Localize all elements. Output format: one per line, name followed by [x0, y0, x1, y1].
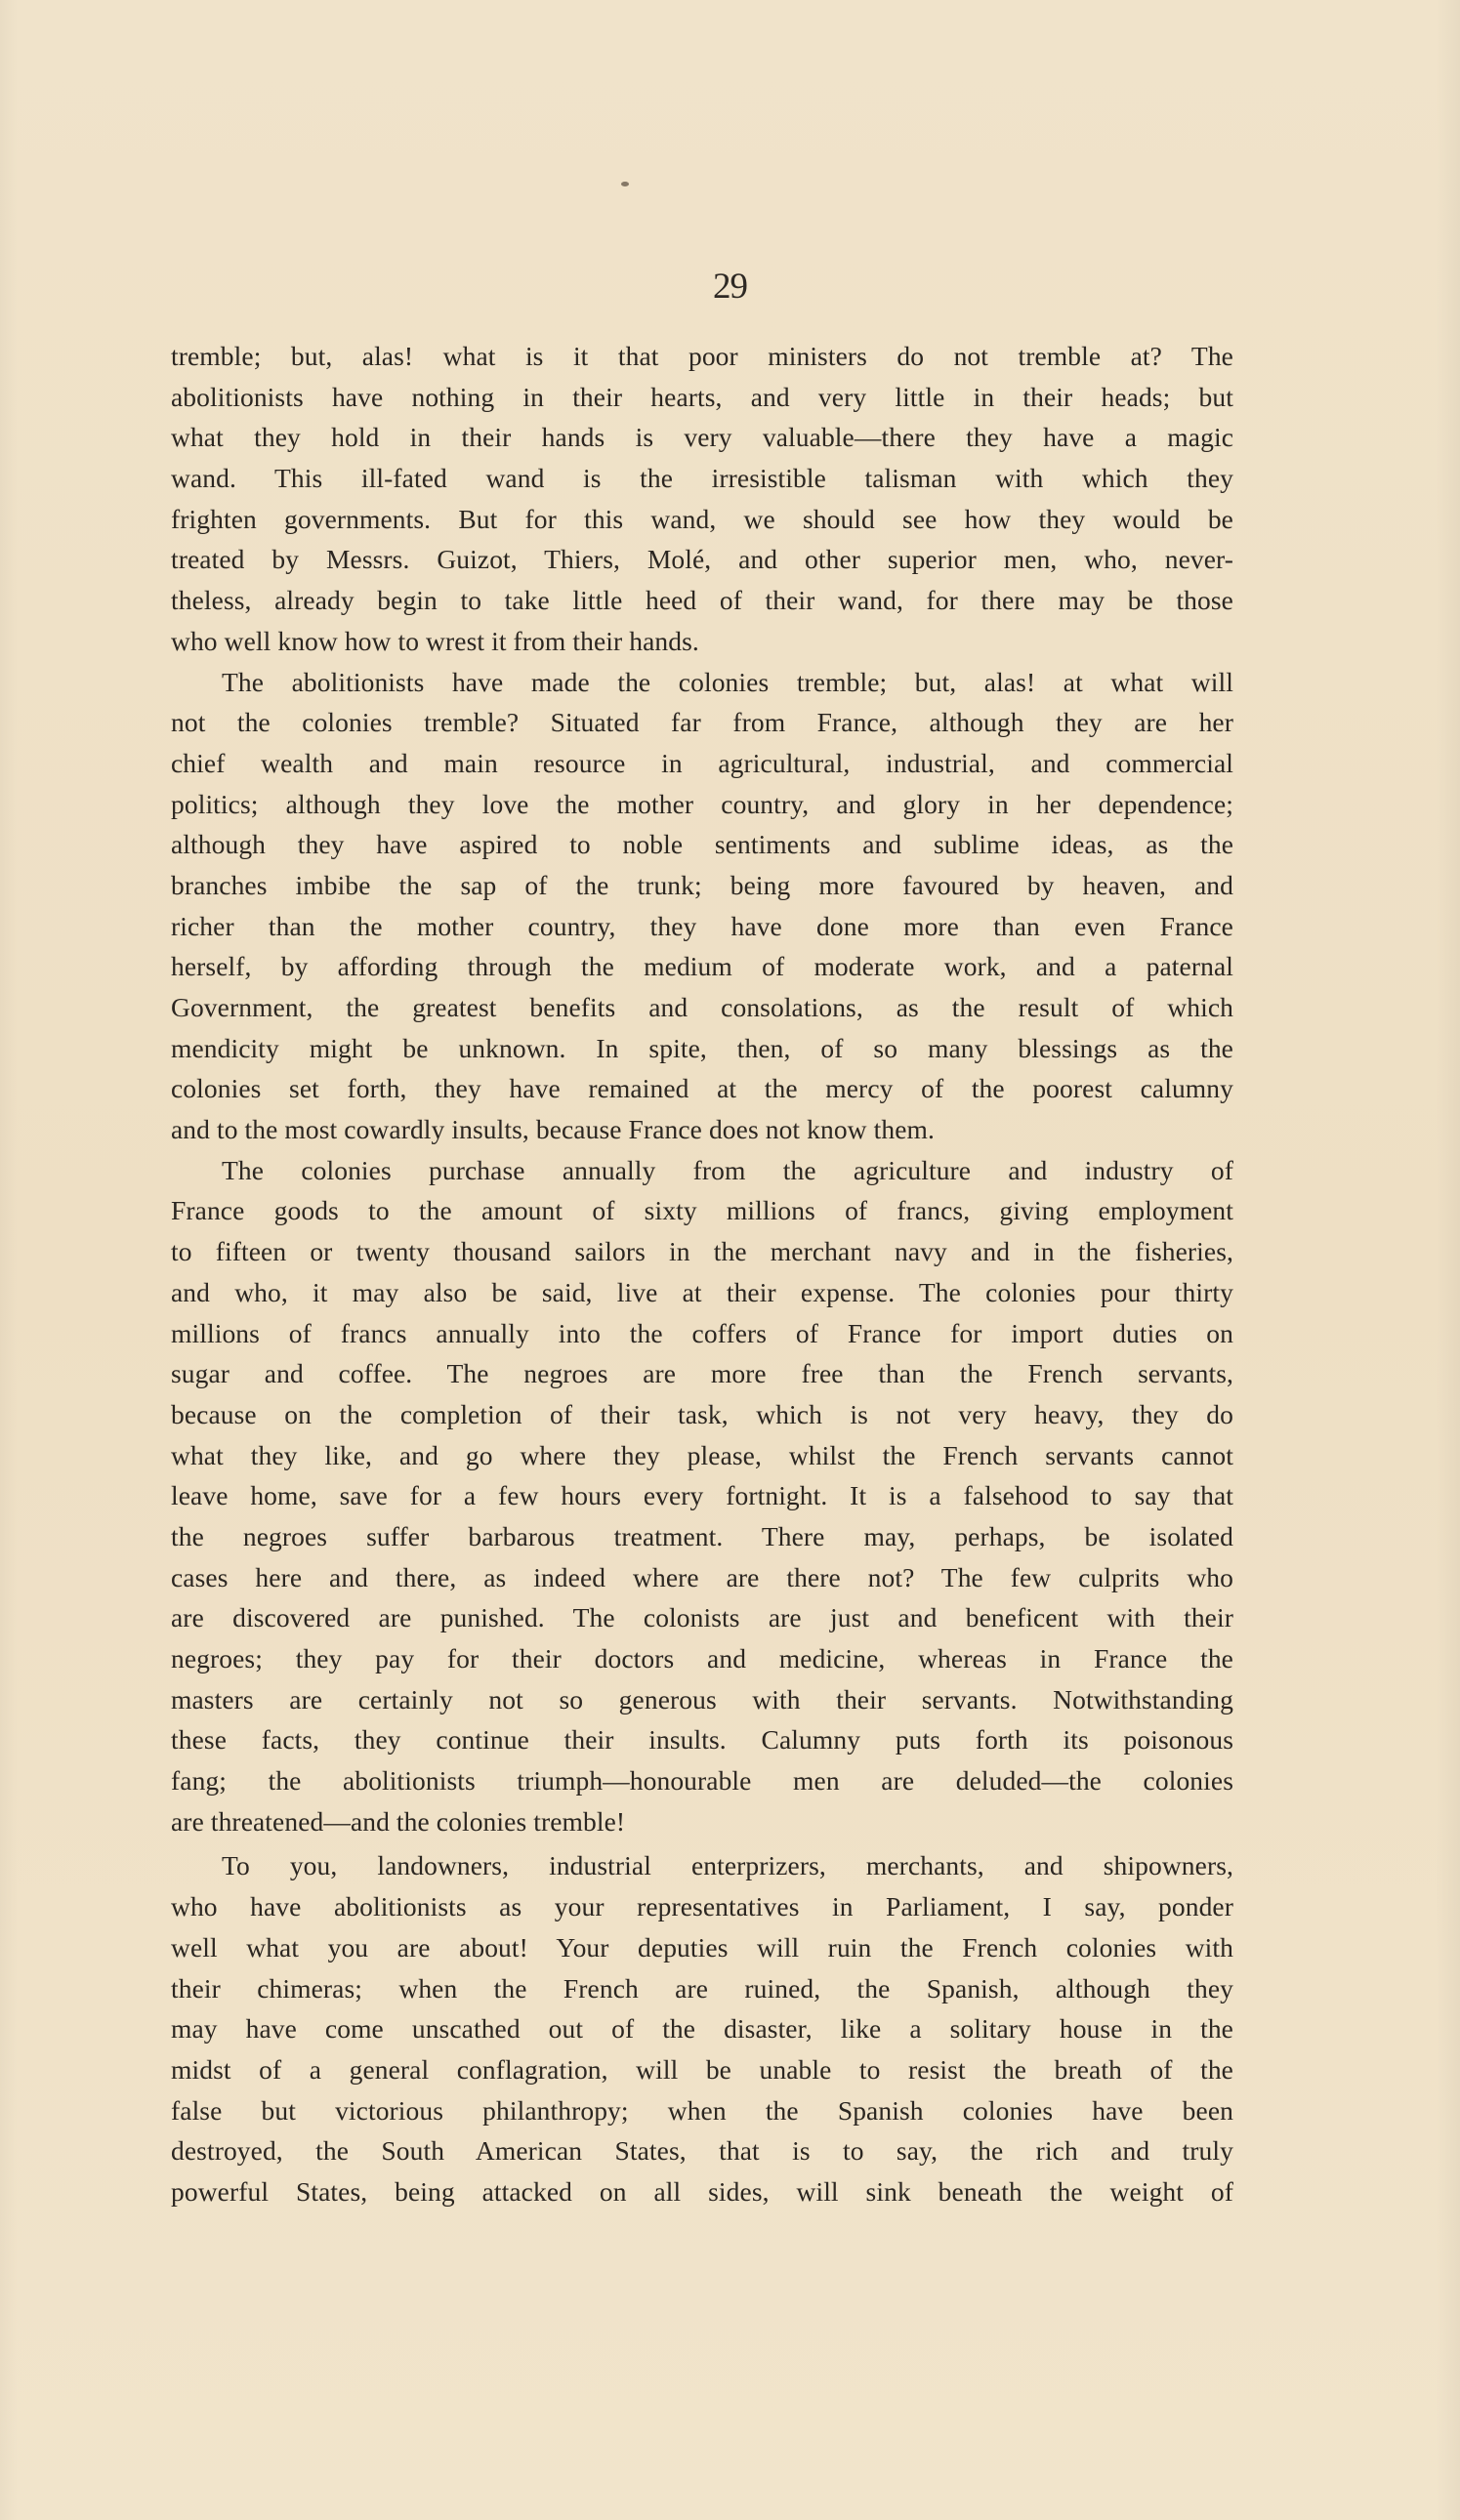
text-line: abolitionists have nothing in their hear…	[171, 377, 1233, 418]
paragraph-1: tremble; but, alas! what is it that poor…	[171, 336, 1233, 662]
text-line: are discovered are punished. The colonis…	[171, 1597, 1233, 1638]
paragraph-4: To you, landowners, industrial enterpriz…	[171, 1845, 1233, 2211]
text-line: richer than the mother country, they hav…	[171, 906, 1233, 947]
text-line: sugar and coffee. The negroes are more f…	[171, 1353, 1233, 1394]
text-line: to fifteen or twenty thousand sailors in…	[171, 1231, 1233, 1272]
text-line: The abolitionists have made the colonies…	[171, 662, 1233, 703]
text-line: branches imbibe the sap of the trunk; be…	[171, 865, 1233, 906]
text-line: not the colonies tremble? Situated far f…	[171, 702, 1233, 743]
text-line: their chimeras; when the French are ruin…	[171, 1968, 1233, 2009]
text-line: France goods to the amount of sixty mill…	[171, 1190, 1233, 1231]
text-line: fang; the abolitionists triumph—honourab…	[171, 1760, 1233, 1801]
text-line: who have abolitionists as your represent…	[171, 1886, 1233, 1927]
text-line: powerful States, being attacked on all s…	[171, 2171, 1233, 2212]
page-number: 29	[0, 268, 1460, 307]
text-line: wand. This ill-fated wand is the irresis…	[171, 458, 1233, 499]
text-line: mendicity might be unknown. In spite, th…	[171, 1028, 1233, 1069]
text-line: because on the completion of their task,…	[171, 1394, 1233, 1435]
text-line: these facts, they continue their insults…	[171, 1719, 1233, 1760]
text-line: may have come unscathed out of the disas…	[171, 2008, 1233, 2049]
text-line: and to the most cowardly insults, becaus…	[171, 1109, 1233, 1150]
text-line: leave home, save for a few hours every f…	[171, 1475, 1233, 1516]
text-line: To you, landowners, industrial enterpriz…	[171, 1845, 1233, 1886]
text-line: masters are certainly not so generous wi…	[171, 1679, 1233, 1720]
text-line: well what you are about! Your deputies w…	[171, 1927, 1233, 1968]
text-line: politics; although they love the mother …	[171, 784, 1233, 825]
text-line: theless, already begin to take little he…	[171, 580, 1233, 621]
text-line: colonies set forth, they have remained a…	[171, 1068, 1233, 1109]
text-line: what they like, and go where they please…	[171, 1435, 1233, 1476]
text-line: although they have aspired to noble sent…	[171, 824, 1233, 865]
text-line: millions of francs annually into the cof…	[171, 1313, 1233, 1354]
text-line: chief wealth and main resource in agricu…	[171, 743, 1233, 784]
text-line: negroes; they pay for their doctors and …	[171, 1638, 1233, 1679]
text-line: treated by Messrs. Guizot, Thiers, Molé,…	[171, 539, 1233, 580]
text-line: and who, it may also be said, live at th…	[171, 1272, 1233, 1313]
text-line: cases here and there, as indeed where ar…	[171, 1557, 1233, 1598]
text-line: are threatened—and the colonies tremble!	[171, 1801, 1233, 1842]
text-line: who well know how to wrest it from their…	[171, 621, 1233, 662]
paragraph-2: The abolitionists have made the colonies…	[171, 662, 1233, 1150]
text-line: tremble; but, alas! what is it that poor…	[171, 336, 1233, 377]
text-line: the negroes suffer barbarous treatment. …	[171, 1516, 1233, 1557]
text-line: midst of a general conflagration, will b…	[171, 2049, 1233, 2090]
text-line: The colonies purchase annually from the …	[171, 1150, 1233, 1191]
text-line: what they hold in their hands is very va…	[171, 417, 1233, 458]
paragraph-3: The colonies purchase annually from the …	[171, 1150, 1233, 1842]
text-line: herself, by affording through the medium…	[171, 946, 1233, 987]
body-text: tremble; but, alas! what is it that poor…	[171, 336, 1233, 2212]
text-line: Government, the greatest benefits and co…	[171, 987, 1233, 1028]
text-line: false but victorious philanthropy; when …	[171, 2090, 1233, 2131]
text-line: frighten governments. But for this wand,…	[171, 499, 1233, 540]
ink-speck-mark	[621, 182, 629, 186]
text-line: destroyed, the South American States, th…	[171, 2130, 1233, 2171]
